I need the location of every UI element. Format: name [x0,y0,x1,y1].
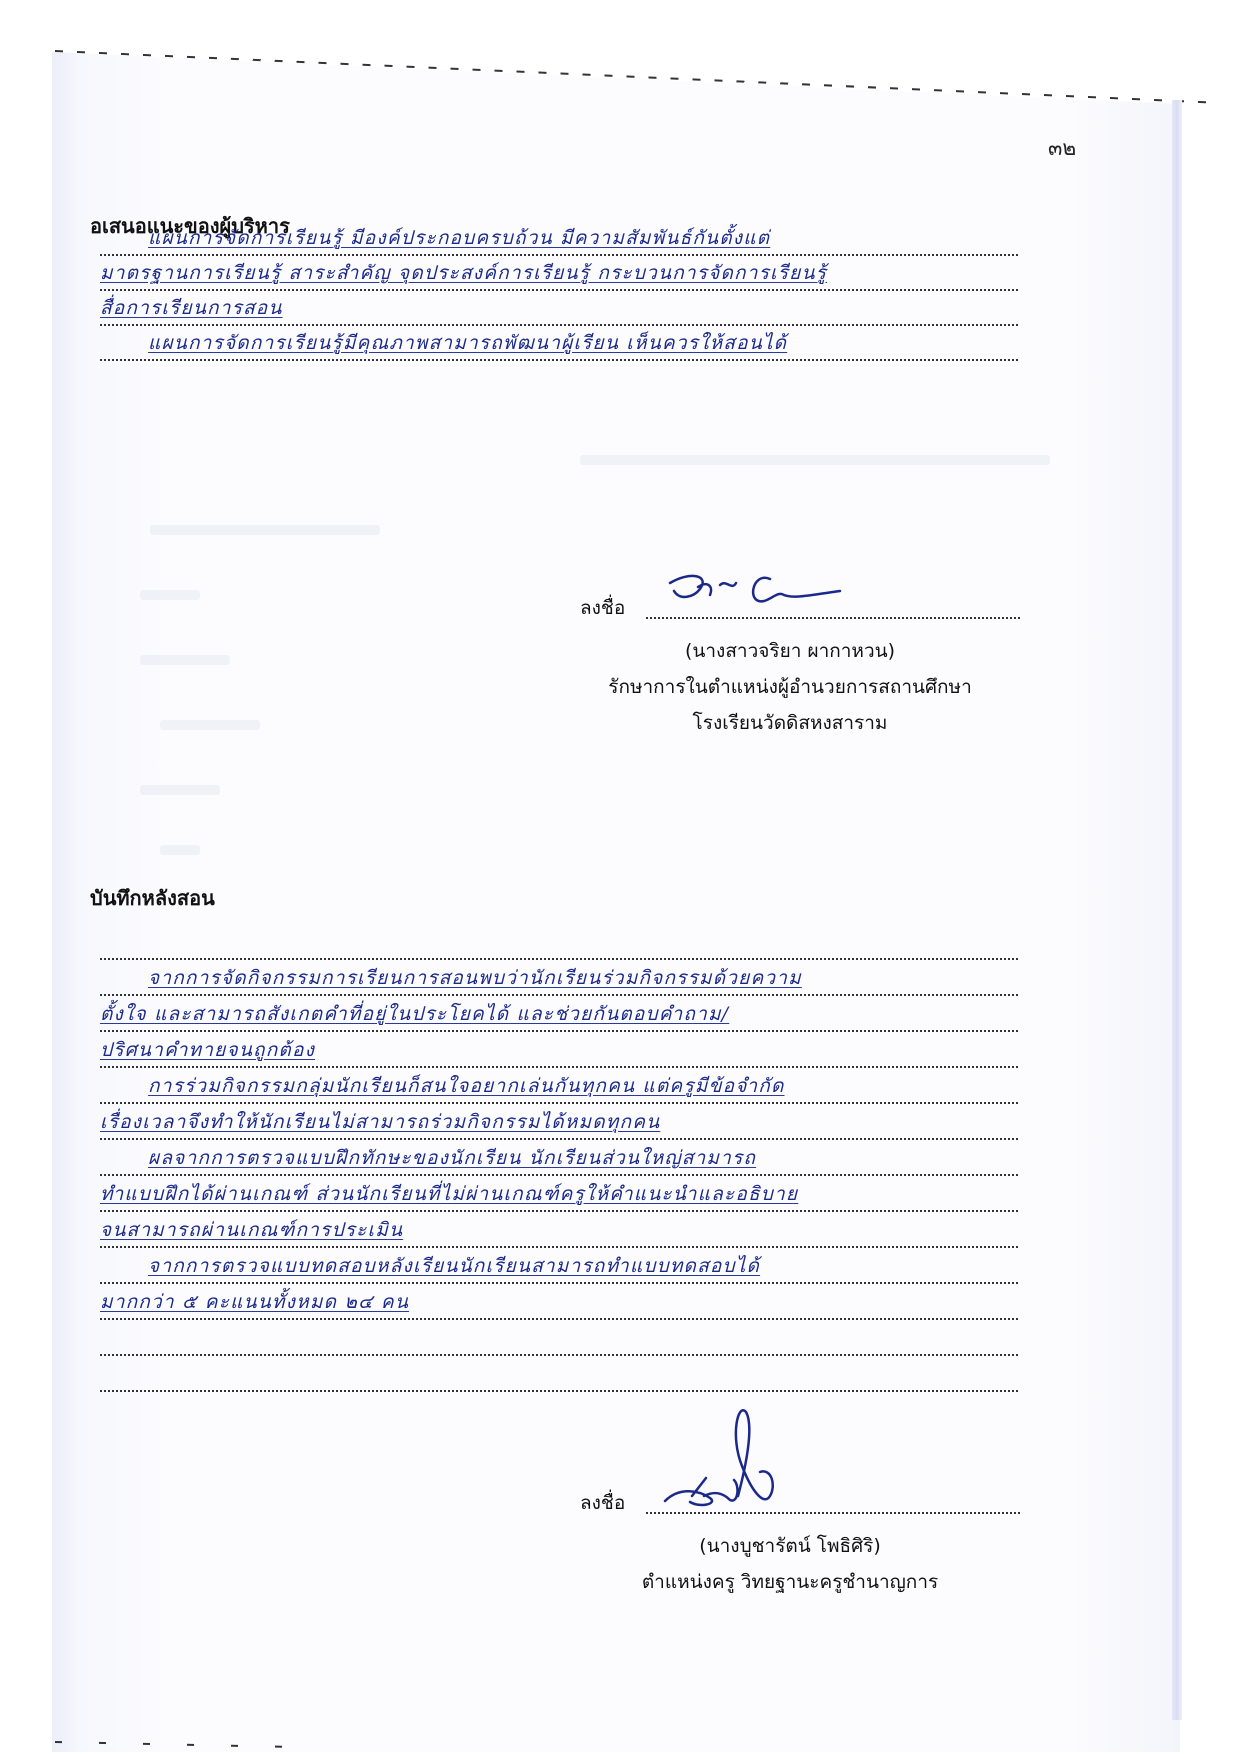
ruled-line: มาตรฐานการเรียนรู้ สาระสำคัญ จุดประสงค์ก… [100,261,1018,291]
signature-line: ลงชื่อ [560,585,1020,625]
handwritten-text: จนสามารถผ่านเกณฑ์การประเมิน [100,1215,403,1245]
handwritten-text: แผนการจัดการเรียนรู้มีคุณภาพสามารถพัฒนาผ… [148,328,787,358]
page-edge-shadow [1172,100,1182,1720]
ruled-line: มากกว่า ๕ คะแนนทั้งหมด ๒๔ คน [100,1290,1018,1320]
page-number: ๓๒ [1048,132,1076,165]
post-teaching-heading: บันทึกหลังสอน [90,882,215,914]
ruled-line: แผนการจัดการเรียนรู้มีคุณภาพสามารถพัฒนาผ… [100,331,1018,361]
bleed-through-mark [150,525,380,535]
bleed-through-mark [580,455,1050,465]
teacher-name: (นางบูชารัตน์ โพธิศิริ) [560,1528,1020,1564]
ruled-line [100,930,1018,960]
handwritten-text: มาตรฐานการเรียนรู้ สาระสำคัญ จุดประสงค์ก… [100,258,827,288]
handwritten-text: จากการตรวจแบบทดสอบหลังเรียนนักเรียนสามาร… [148,1251,760,1281]
bleed-through-mark [140,590,200,600]
ruled-line: ผลจากการตรวจแบบฝึกทักษะของนักเรียน นักเร… [100,1146,1018,1176]
bleed-through-mark [140,655,230,665]
administrator-signature-icon [660,561,860,621]
ruled-line: จากการตรวจแบบทดสอบหลังเรียนนักเรียนสามาร… [100,1254,1018,1284]
ruled-line: ปริศนาคำทายจนถูกต้อง [100,1038,1018,1068]
handwritten-text: ทำแบบฝึกได้ผ่านเกณฑ์ ส่วนนักเรียนที่ไม่ผ… [100,1179,798,1209]
ruled-line: จนสามารถผ่านเกณฑ์การประเมิน [100,1218,1018,1248]
administrator-signature-block: ลงชื่อ (นางสาวจริยา ผากาหวน) รักษาการในต… [560,585,1020,741]
handwritten-text: จากการจัดกิจกรรมการเรียนการสอนพบว่านักเร… [148,963,802,993]
ruled-line: แผนการจัดการเรียนรู้ มีองค์ประกอบครบถ้วน… [100,226,1018,256]
bleed-through-mark [140,785,220,795]
handwritten-text: ตั้งใจ และสามารถสังเกตคำที่อยู่ในประโยคไ… [100,999,729,1029]
ruled-line: การร่วมกิจกรรมกลุ่มนักเรียนก็สนใจอยากเล่… [100,1074,1018,1104]
bleed-through-mark [160,845,200,855]
sign-label: ลงชื่อ [580,1488,625,1518]
handwritten-text: แผนการจัดการเรียนรู้ มีองค์ประกอบครบถ้วน… [148,223,770,253]
signature-dotted-line [646,1512,1020,1514]
handwritten-text: การร่วมกิจกรรมกลุ่มนักเรียนก็สนใจอยากเล่… [148,1071,785,1101]
ruled-line: จากการจัดกิจกรรมการเรียนการสอนพบว่านักเร… [100,966,1018,996]
handwritten-text: ปริศนาคำทายจนถูกต้อง [100,1035,315,1065]
teacher-signature-icon [660,1406,860,1516]
ruled-line: ตั้งใจ และสามารถสังเกตคำที่อยู่ในประโยคไ… [100,1002,1018,1032]
handwritten-text: ผลจากการตรวจแบบฝึกทักษะของนักเรียน นักเร… [148,1143,756,1173]
bleed-through-mark [160,720,260,730]
administrator-role: รักษาการในตำแหน่งผู้อำนวยการสถานศึกษา [560,669,1020,705]
teacher-role: ตำแหน่งครู วิทยฐานะครูชำนาญการ [560,1564,1020,1600]
ruled-line [100,1326,1018,1356]
signature-dotted-line [646,617,1020,619]
administrator-name: (นางสาวจริยา ผากาหวน) [560,633,1020,669]
ruled-line: สื่อการเรียนการสอน [100,296,1018,326]
ruled-line: เรื่องเวลาจึงทำให้นักเรียนไม่สามารถร่วมก… [100,1110,1018,1140]
handwritten-text: สื่อการเรียนการสอน [100,293,283,323]
handwritten-text: มากกว่า ๕ คะแนนทั้งหมด ๒๔ คน [100,1287,409,1317]
handwritten-text: เรื่องเวลาจึงทำให้นักเรียนไม่สามารถร่วมก… [100,1107,660,1137]
signature-line: ลงชื่อ [560,1480,1020,1520]
ruled-line [100,1362,1018,1392]
school-name: โรงเรียนวัดดิสหงสาราม [560,705,1020,741]
sign-label: ลงชื่อ [580,593,625,623]
ruled-line: ทำแบบฝึกได้ผ่านเกณฑ์ ส่วนนักเรียนที่ไม่ผ… [100,1182,1018,1212]
teacher-signature-block: ลงชื่อ (นางบูชารัตน์ โพธิศิริ) ตำแหน่งคร… [560,1480,1020,1600]
